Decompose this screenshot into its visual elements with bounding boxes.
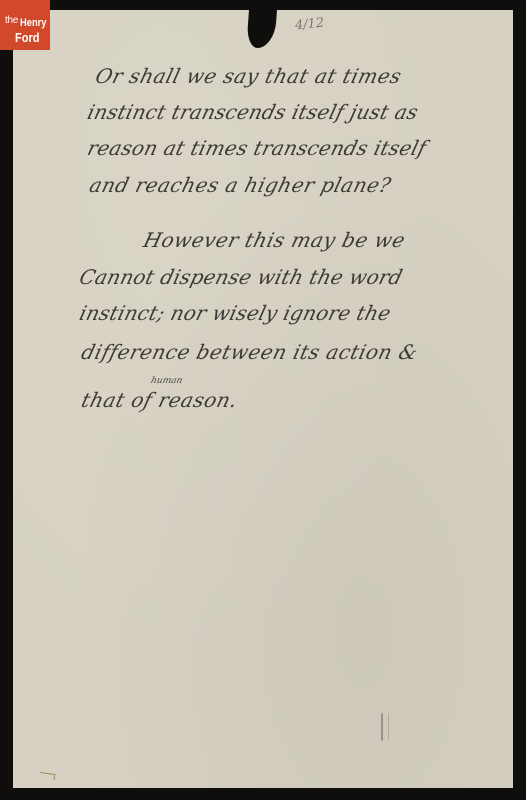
- manuscript-line-8: difference between its action &: [79, 340, 420, 364]
- insertion-caret: ‸: [138, 402, 141, 413]
- the-henry-ford-logo: the Henry Ford: [0, 0, 50, 50]
- manuscript-line-4: and reaches a higher plane?: [87, 173, 394, 197]
- manuscript-page: 4/12 Or shall we say that at times insti…: [13, 10, 513, 788]
- manuscript-line-7: instinct; nor wisely ignore the: [77, 301, 394, 325]
- logo-henry: Henry: [20, 17, 47, 29]
- page-number: 4/12: [294, 16, 325, 34]
- logo-ford: Ford: [15, 30, 40, 45]
- insertion-text: human: [150, 376, 184, 386]
- manuscript-line-5: However this may be we: [141, 228, 408, 252]
- manuscript-line-2: instinct transcends itself just as: [85, 100, 421, 124]
- scan-frame: the Henry Ford 4/12 Or shall we say that…: [0, 0, 526, 800]
- logo-the: the: [5, 15, 18, 26]
- pencil-mark: [381, 713, 389, 741]
- manuscript-line-3: reason at times transcends itself: [85, 136, 429, 160]
- manuscript-line-9: that of reason.: [79, 388, 240, 412]
- manuscript-line-6: Cannot dispense with the word: [77, 265, 405, 289]
- manuscript-line-1: Or shall we say that at times: [93, 64, 404, 88]
